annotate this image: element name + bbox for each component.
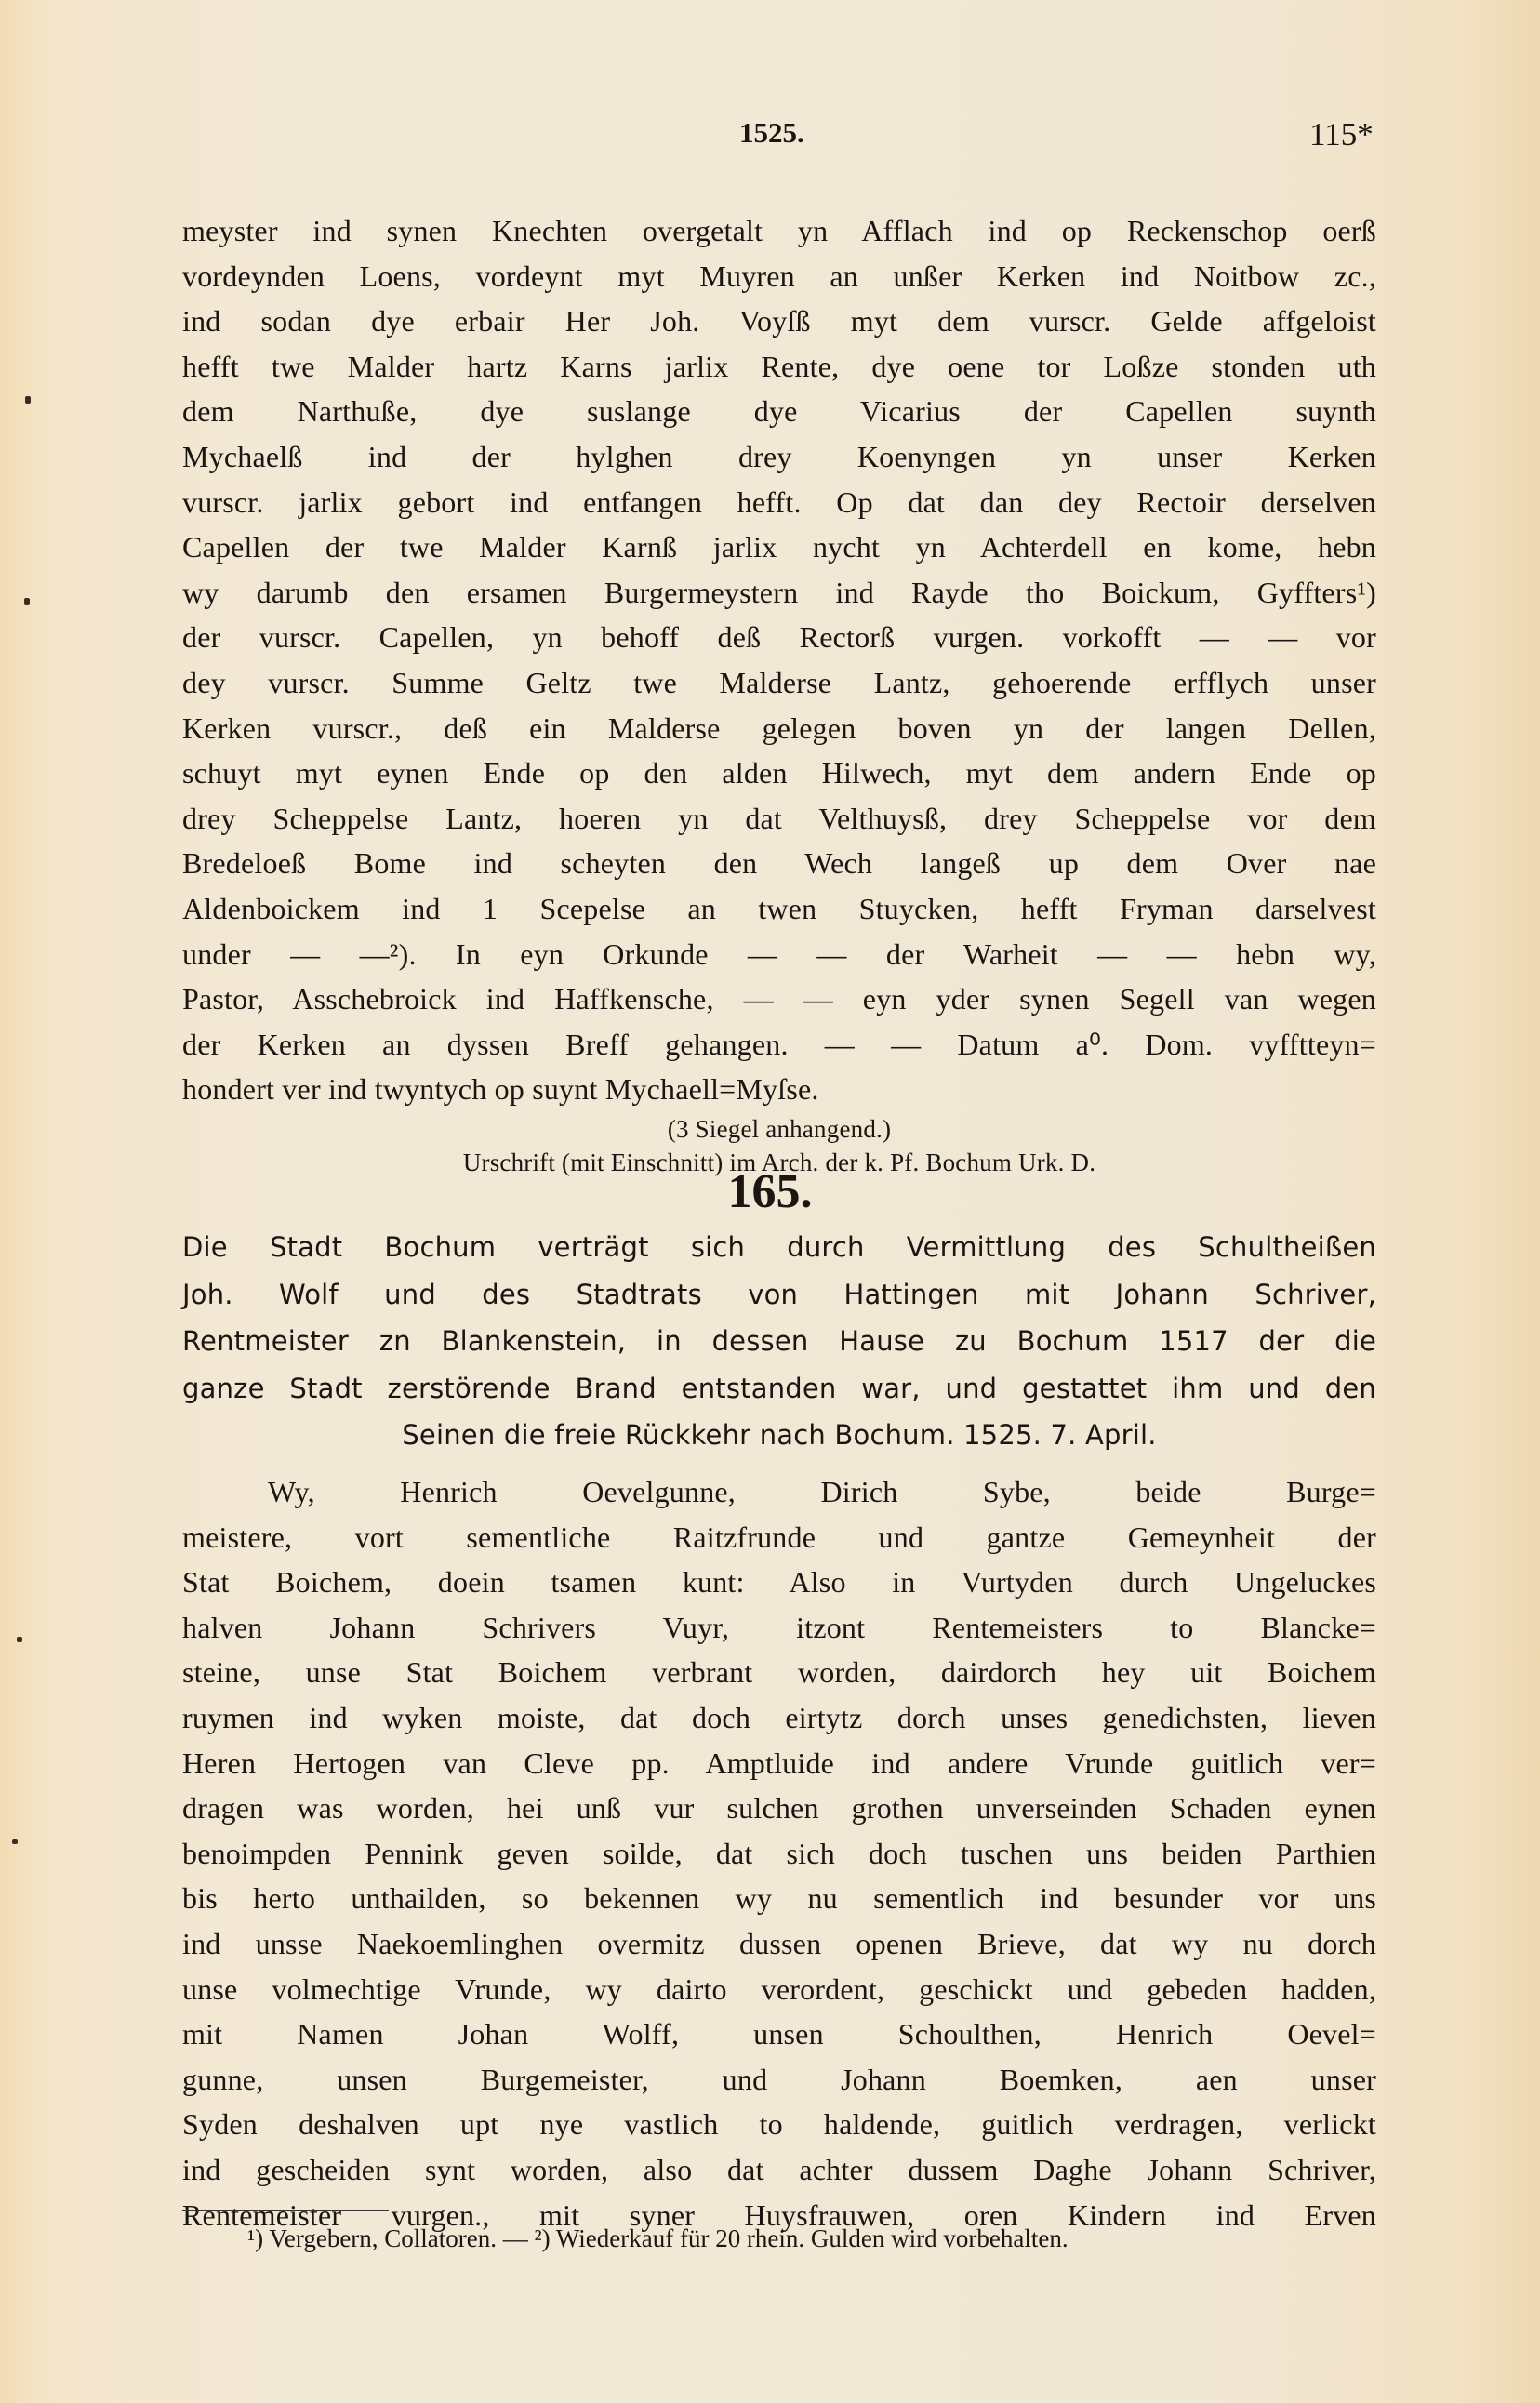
text-line: Capellen der twe Malder Karnß jarlix nyc…	[182, 524, 1376, 570]
running-head: 1525. 115*	[0, 116, 1540, 153]
document-number: 165.	[0, 1164, 1540, 1219]
text-line: under — —²). In eyn Orkunde — — der Warh…	[182, 932, 1376, 977]
text-line: Aldenboickem ind 1 Scepelse an twen Stuy…	[182, 886, 1376, 932]
document-body: Wy, Henrich Oevelgunne, Dirich Sybe, bei…	[182, 1469, 1376, 2237]
text-line: ind sodan dye erbair Her Joh. Voyſß myt …	[182, 299, 1376, 344]
text-line: dey vurscr. Summe Geltz twe Malderse Lan…	[182, 660, 1376, 706]
text-line: dem Narthuße, dye suslange dye Vicarius …	[182, 389, 1376, 434]
text-line: halven Johann Schrivers Vuyr, itzont Ren…	[182, 1605, 1376, 1651]
text-line: Kerken vurscr., deß ein Malderse gelegen…	[182, 706, 1376, 751]
charter-continuation: meyster ind synen Knechten overgetalt yn…	[182, 208, 1376, 1179]
regest-line: ganze Stadt zerstörende Brand entstanden…	[182, 1365, 1376, 1413]
text-line: hefft twe Malder hartz Karns jarlix Rent…	[182, 344, 1376, 390]
text-line: Stat Boichem, doein tsamen kunt: Also in…	[182, 1560, 1376, 1605]
text-line: vordeynden Loens, vordeynt myt Muyren an…	[182, 254, 1376, 299]
text-line: benoimpden Pennink geven soilde, dat sic…	[182, 1831, 1376, 1877]
margin-mark	[17, 1637, 22, 1642]
text-line: Bredeloeß Bome ind scheyten den Wech lan…	[182, 841, 1376, 886]
regest-line: Rentmeister zn Blankenstein, in dessen H…	[182, 1318, 1376, 1365]
text-line: schuyt myt eynen Ende op den alden Hilwe…	[182, 750, 1376, 796]
footnote-divider	[182, 2210, 389, 2211]
text-line: Mychaelß ind der hylghen drey Koenyngen …	[182, 434, 1376, 480]
margin-mark	[24, 598, 30, 605]
text-line: vurscr. jarlix gebort ind entfangen heff…	[182, 480, 1376, 525]
regest-line: Die Stadt Bochum verträgt sich durch Ver…	[182, 1224, 1376, 1271]
regest-line: Joh. Wolf und des Stadtrats von Hattinge…	[182, 1271, 1376, 1319]
text-line: wy darumb den ersamen Burgermeystern ind…	[182, 570, 1376, 616]
text-line: bis herto unthailden, so bekennen wy nu …	[182, 1876, 1376, 1921]
text-line: der Kerken an dyssen Breff gehangen. — —…	[182, 1022, 1376, 1068]
seal-note: (3 Siegel anhangend.)	[182, 1112, 1376, 1146]
text-line: ind unsse Naekoemlinghen overmitz dussen…	[182, 1921, 1376, 1967]
text-line: hondert ver ind twyntych op suynt Mychae…	[182, 1067, 1376, 1112]
text-line: dragen was worden, hei unß vur sulchen g…	[182, 1786, 1376, 1831]
running-head-year: 1525.	[739, 116, 804, 150]
text-line: unse volmechtige Vrunde, wy dairto veror…	[182, 1967, 1376, 2012]
text-line: Heren Hertogen van Cleve pp. Amptluide i…	[182, 1741, 1376, 1786]
text-line: ind gescheiden synt worden, also dat ach…	[182, 2147, 1376, 2193]
text-line: Syden deshalven upt nye vastlich to hald…	[182, 2102, 1376, 2147]
margin-mark	[12, 1839, 18, 1844]
book-page: 1525. 115* meyster ind synen Knechten ov…	[0, 0, 1540, 2403]
text-line: Pastor, Asschebroick ind Haffkensche, — …	[182, 976, 1376, 1022]
regest-line: Seinen die freie Rückkehr nach Bochum. 1…	[182, 1412, 1376, 1459]
page-number: 115*	[1309, 116, 1374, 153]
text-line: meyster ind synen Knechten overgetalt yn…	[182, 208, 1376, 254]
text-line: Wy, Henrich Oevelgunne, Dirich Sybe, bei…	[182, 1469, 1376, 1515]
text-line: ruymen ind wyken moiste, dat doch eirtyt…	[182, 1695, 1376, 1741]
text-line: steine, unse Stat Boichem verbrant worde…	[182, 1650, 1376, 1695]
text-line: der vurscr. Capellen, yn behoff deß Rect…	[182, 615, 1376, 660]
document-regest: Die Stadt Bochum verträgt sich durch Ver…	[182, 1224, 1376, 1459]
footnotes: ¹) Vergebern, Collatoren. — ²) Wiederkau…	[247, 2224, 1376, 2253]
text-line: mit Namen Johan Wolff, unsen Schoulthen,…	[182, 2011, 1376, 2057]
text-line: drey Scheppelse Lantz, hoeren yn dat Vel…	[182, 796, 1376, 842]
margin-mark	[25, 396, 31, 404]
text-line: gunne, unsen Burgemeister, und Johann Bo…	[182, 2057, 1376, 2103]
text-line: meistere, vort sementliche Raitzfrunde u…	[182, 1515, 1376, 1560]
